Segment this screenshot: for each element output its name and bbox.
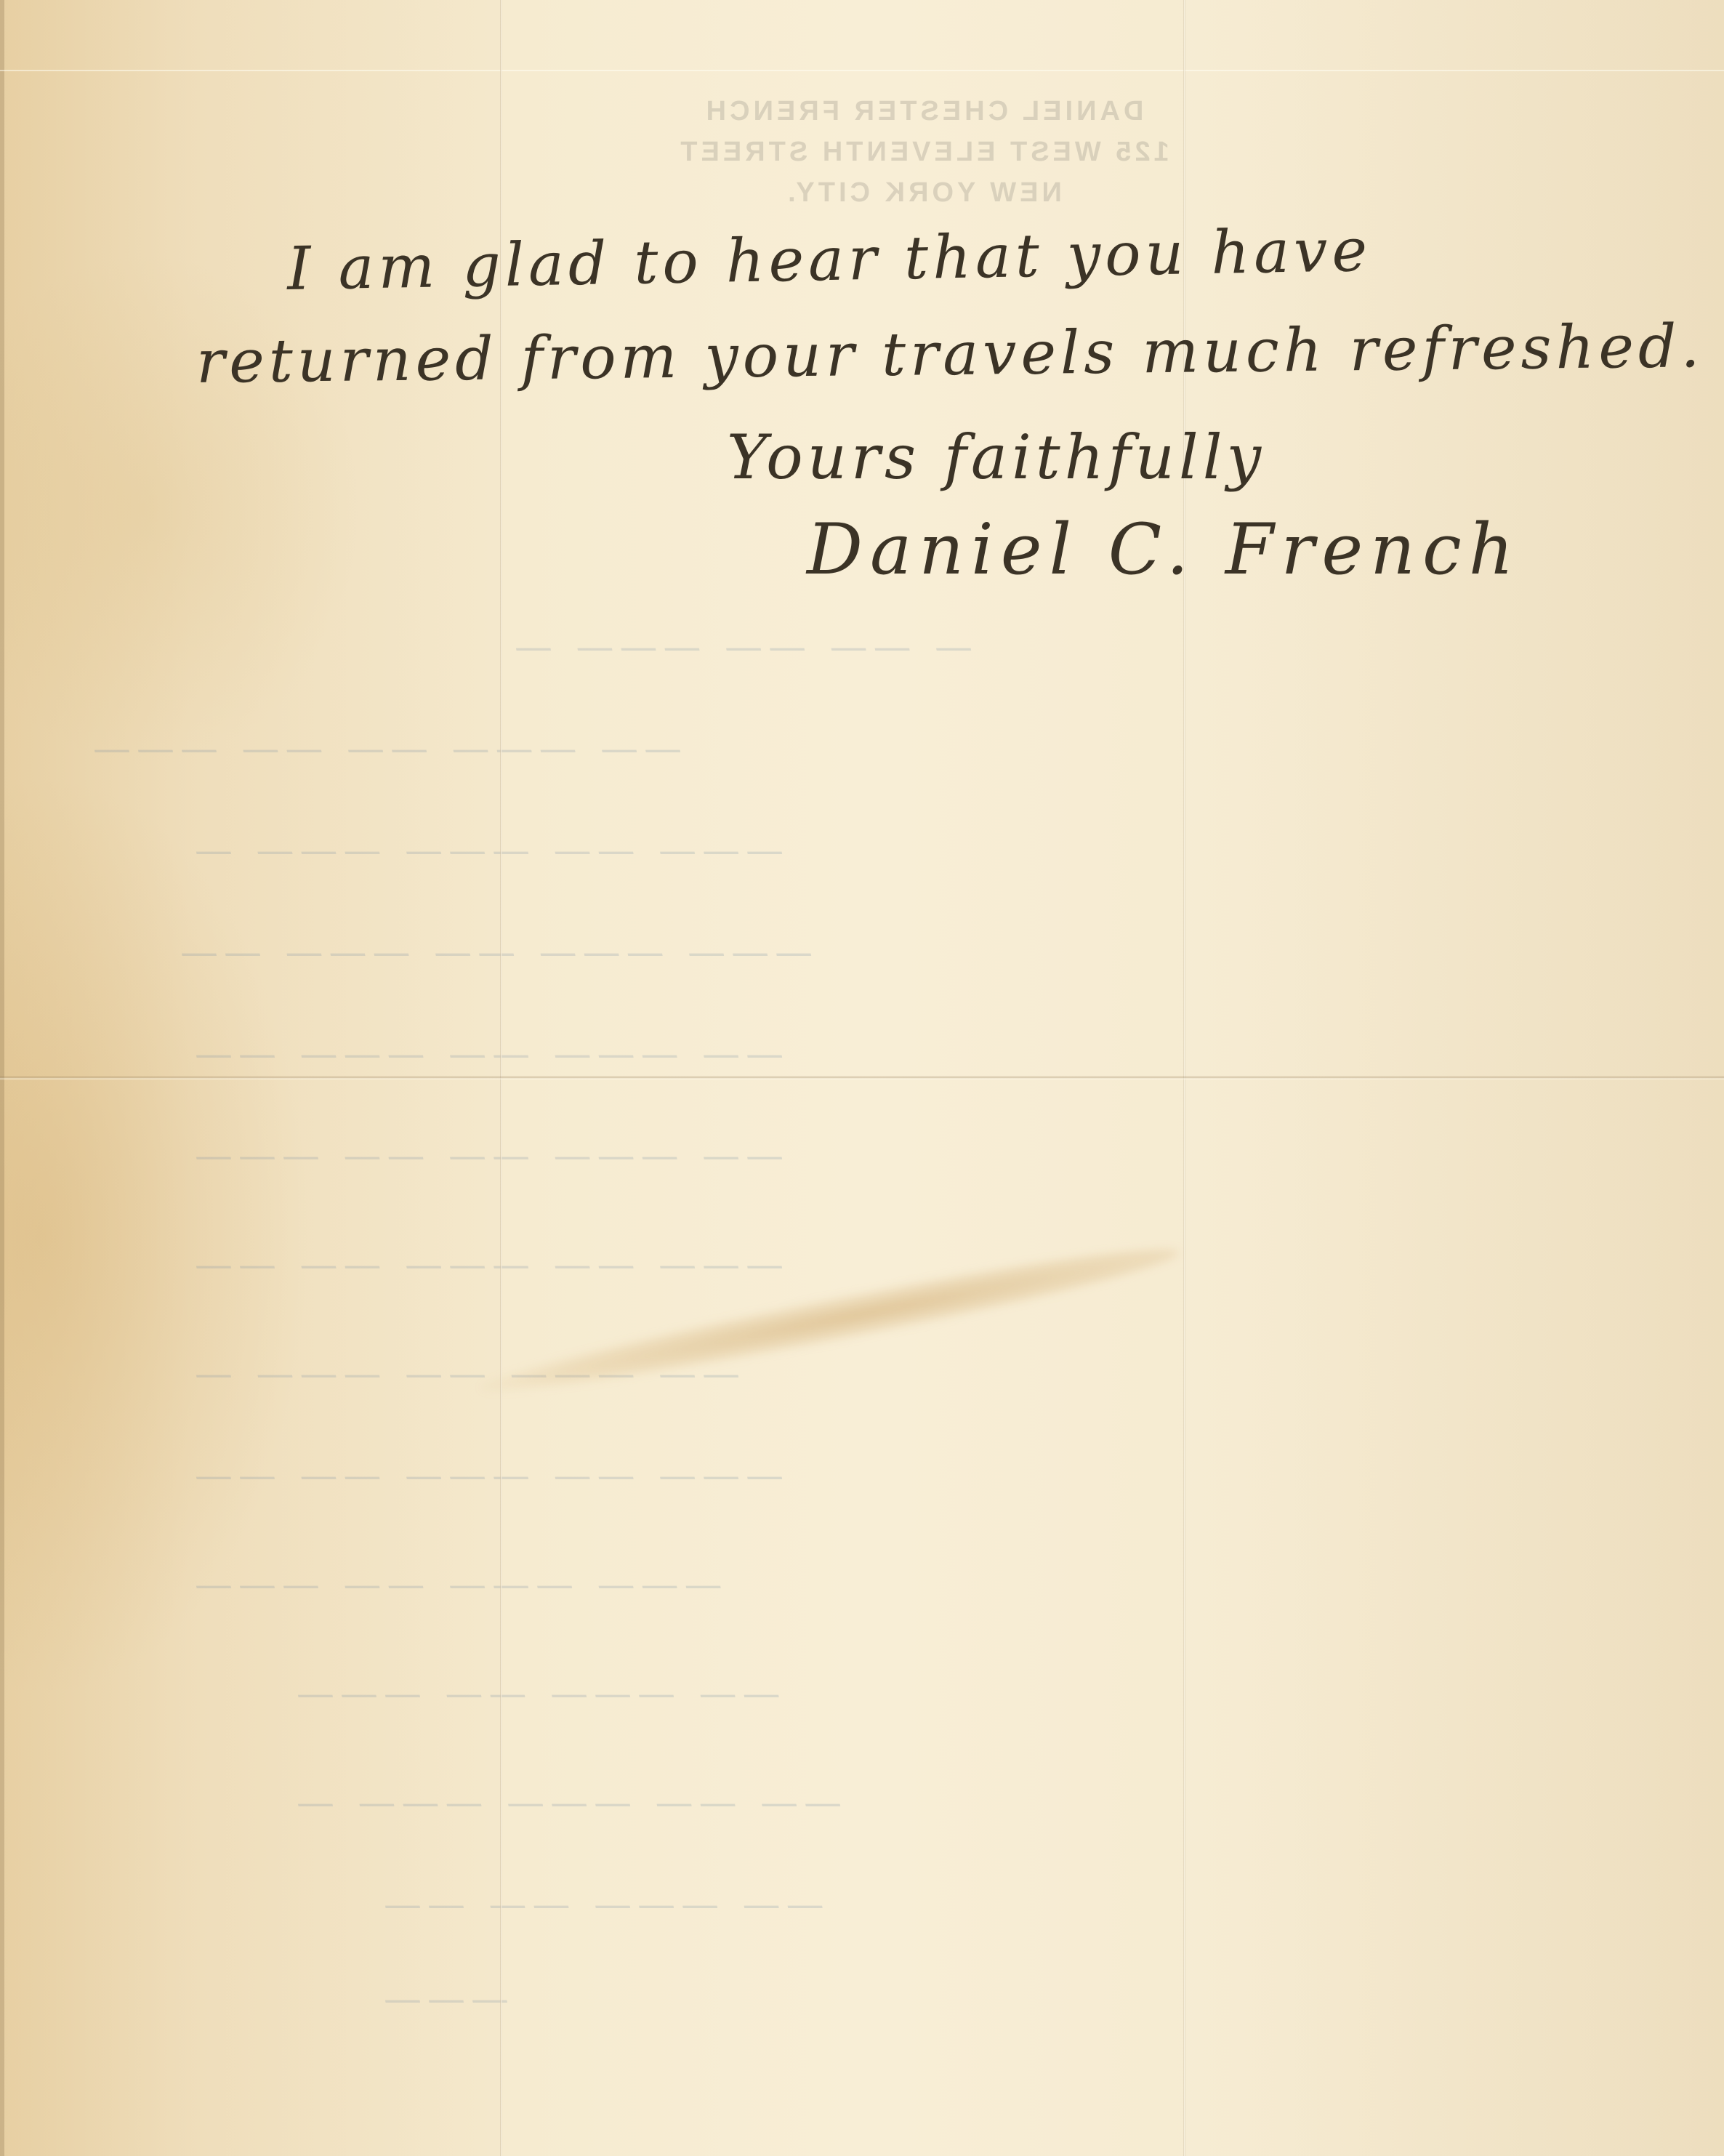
closing: Yours faithfully	[727, 422, 1265, 493]
bleed-line: —— ——— —— ———	[291, 1672, 781, 1691]
bleed-line: ——— —— ——— —— ——	[189, 1243, 784, 1262]
horizontal-fold-line	[0, 1076, 1724, 1080]
bleed-line: — —— —— ——— —	[509, 625, 972, 644]
signature: Daniel C. French	[807, 509, 1521, 590]
bleed-line: —— ——— —— ——	[378, 1883, 824, 1902]
bleed-line: —— ——— —— ——— ——	[189, 1032, 784, 1051]
bleed-line: ——— —— ——— ——— —	[189, 829, 784, 848]
bleed-line: —— ——— —— —— ———	[189, 1134, 784, 1153]
bleed-line: —— —— ——— ——— —	[291, 1781, 842, 1800]
bleed-line: ——— ——— —— ———	[189, 1563, 722, 1582]
bleed-line: ———	[378, 1977, 509, 1996]
letter-page: DANIEL CHESTER FRENCH 125 WEST ELEVENTH …	[0, 0, 1724, 2156]
bleed-line: ——— ——— —— ——— ——	[174, 930, 813, 949]
bleed-line: ——— —— ——— —— ——	[189, 1454, 784, 1473]
bleed-line: —— ——— —— —— ———	[87, 727, 682, 746]
